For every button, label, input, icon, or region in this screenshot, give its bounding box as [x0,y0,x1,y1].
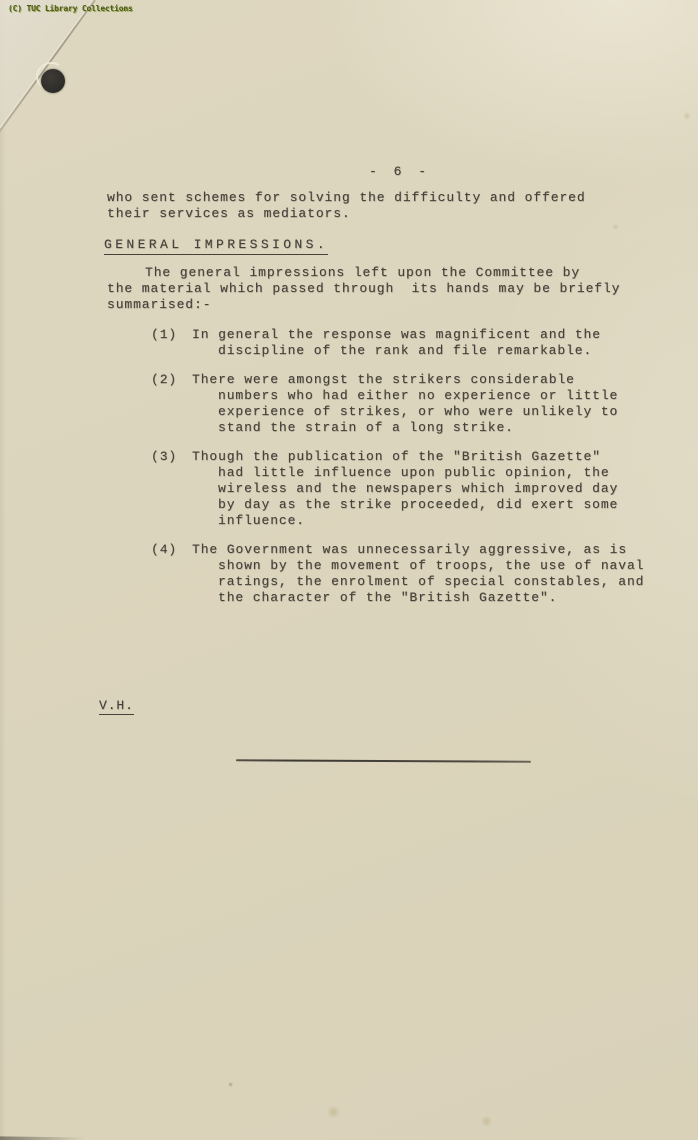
item-text: Though the publication of the "British G… [192,449,668,529]
item-text: There were amongst the strikers consider… [192,372,668,436]
list-item: (1) In general the response was magnific… [0,327,698,359]
list-item: (4) The Government was unnecessarily agg… [0,542,698,606]
signature-rule [236,759,531,763]
item-text: In general the response was magnificent … [192,327,668,359]
paper-stain [326,1106,341,1118]
section-heading: GENERAL IMPRESSIONS. [104,237,328,255]
paper-stain [612,224,619,230]
list-item: (2) There were amongst the strikers cons… [0,372,698,436]
author-initials-row: V.H. [99,696,134,715]
list-item: (3) Though the publication of the "Briti… [0,449,698,529]
item-number: (3) [151,449,177,465]
impressions-list: (1) In general the response was magnific… [0,327,698,619]
section-heading-row: GENERAL IMPRESSIONS. [104,235,328,255]
scan-edge-shadow [0,1132,95,1140]
author-initials: V.H. [99,698,134,715]
library-watermark: (C) TUC Library Collections [8,4,133,13]
page-number: - 6 - [369,164,431,180]
intro-paragraph: who sent schemes for solving the difficu… [107,190,647,222]
paper-stain [683,112,691,120]
item-text: The Government was unnecessarily aggress… [192,542,668,606]
item-number: (2) [151,372,177,388]
paper-stain [480,1116,493,1127]
document-page: (C) TUC Library Collections - 6 - who se… [0,0,698,1140]
paper-stain [228,1082,233,1087]
summary-paragraph: The general impressions left upon the Co… [107,265,655,313]
item-number: (1) [151,327,177,343]
punch-hole [41,69,65,93]
item-number: (4) [151,542,177,558]
